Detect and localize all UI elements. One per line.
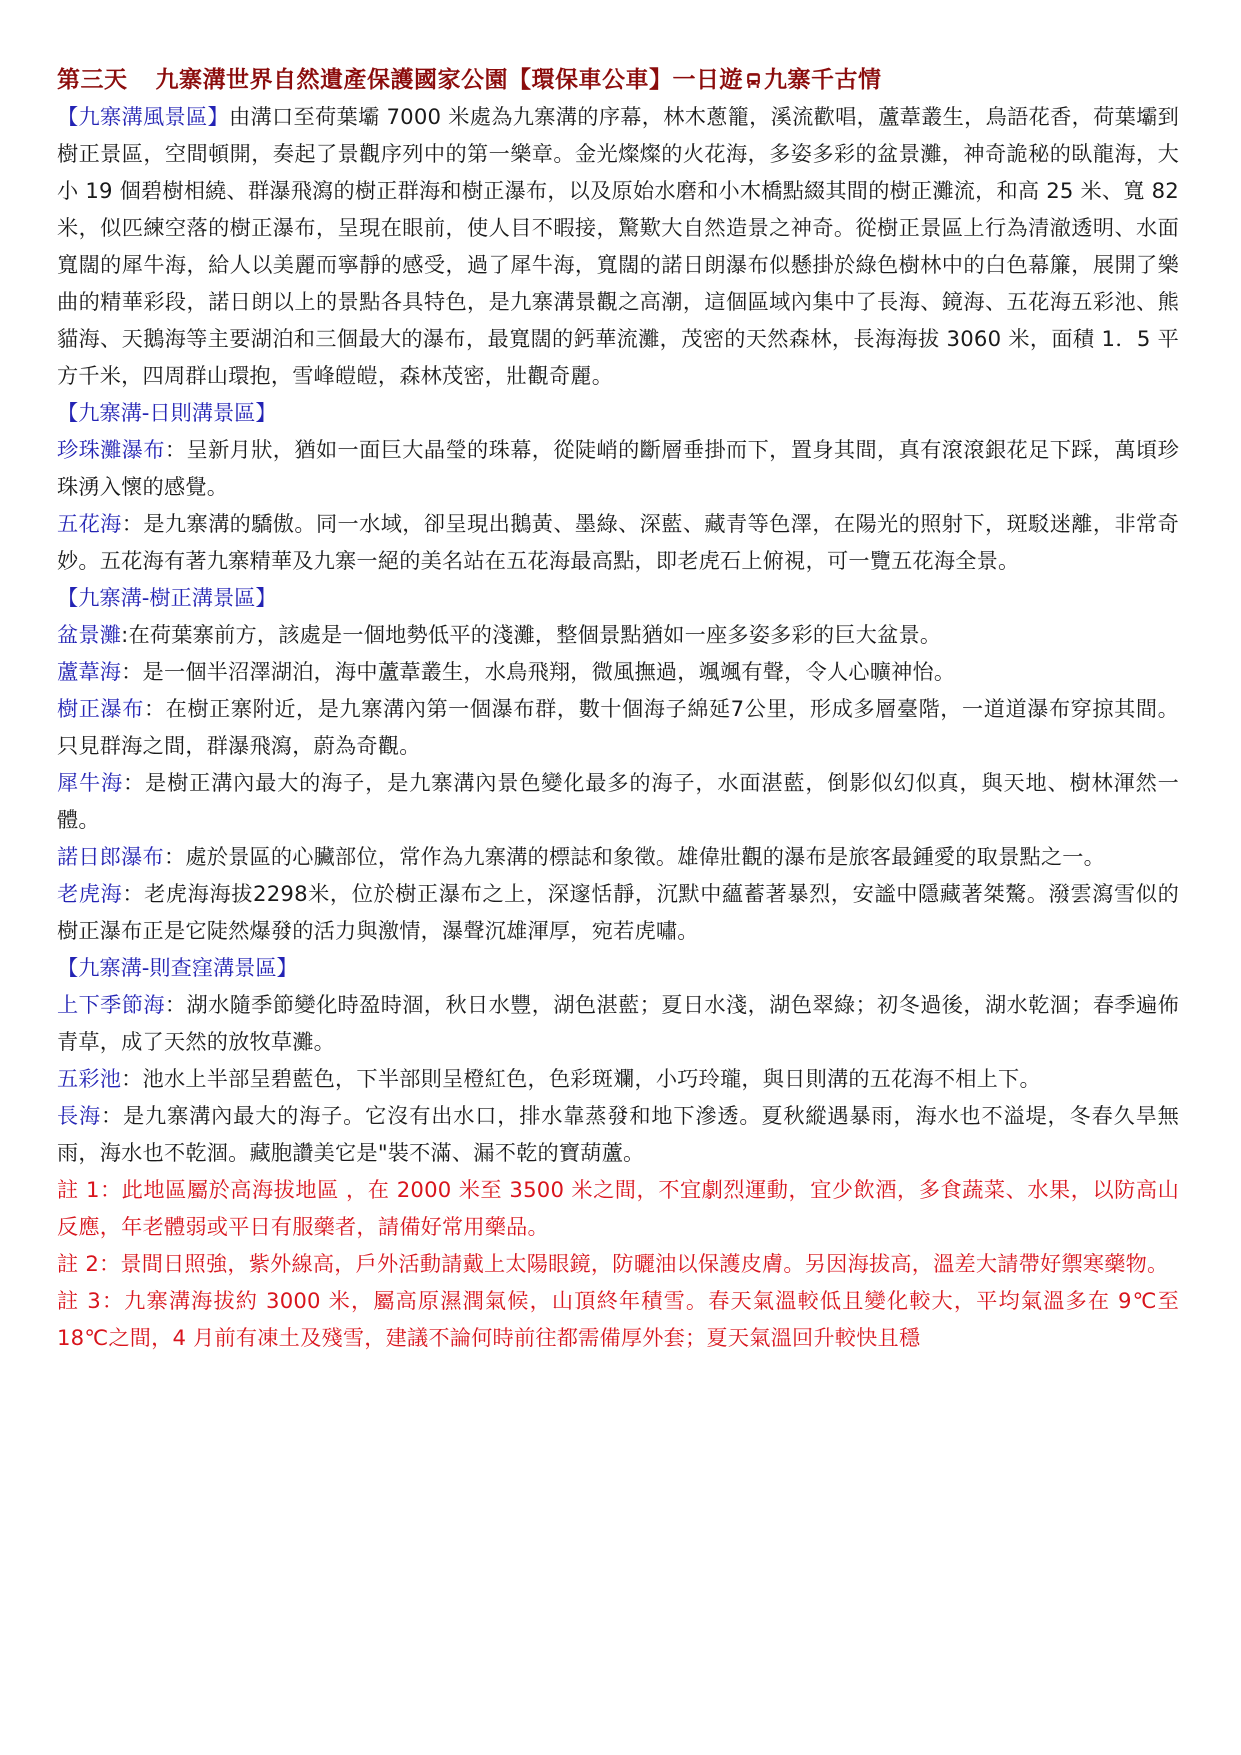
scenic-item: 五彩池：池水上半部呈碧藍色，下半部則呈橙紅色，色彩斑斕，小巧玲瓏，與日則溝的五花… bbox=[57, 1060, 1179, 1097]
section-heading-rizegou: 【九寨溝-日則溝景區】 bbox=[57, 394, 1179, 431]
scenic-item-text: ：湖水隨季節變化時盈時涸，秋日水豐，湖色湛藍；夏日水淺，湖色翠綠；初冬過後，湖水… bbox=[57, 992, 1179, 1054]
scenic-item-text: ：是九寨溝的驕傲。同一水域，卻呈現出鵝黃、墨綠、深藍、藏青等色澤，在陽光的照射下… bbox=[57, 511, 1179, 573]
title-main: 九寨溝世界自然遺產保護國家公園【環保車公車】一日遊 bbox=[156, 67, 744, 93]
bus-icon bbox=[745, 72, 762, 89]
scenic-item-name: 樹正瀑布 bbox=[57, 696, 144, 721]
scenic-item: 蘆葦海：是一個半沼澤湖泊，海中蘆葦叢生，水鳥飛翔，微風撫過，颯颯有聲，令人心曠神… bbox=[57, 653, 1179, 690]
scenic-item: 樹正瀑布：在樹正寨附近，是九寨溝內第一個瀑布群，數十個海子綿延7公里，形成多層臺… bbox=[57, 690, 1179, 764]
scenic-item-text: ：是九寨溝內最大的海子。它沒有出水口，排水靠蒸發和地下滲透。夏秋縱遇暴雨，海水也… bbox=[57, 1103, 1179, 1165]
scenic-item-text: ：是樹正溝內最大的海子，是九寨溝內景色變化最多的海子，水面湛藍，倒影似幻似真，與… bbox=[57, 770, 1179, 832]
scenic-item: 長海：是九寨溝內最大的海子。它沒有出水口，排水靠蒸發和地下滲透。夏秋縱遇暴雨，海… bbox=[57, 1097, 1179, 1171]
scenic-item: 珍珠灘瀑布：呈新月狀，猶如一面巨大晶瑩的珠幕，從陡峭的斷層垂掛而下，置身其間，真… bbox=[57, 431, 1179, 505]
scenic-item-text: ：呈新月狀，猶如一面巨大晶瑩的珠幕，從陡峭的斷層垂掛而下，置身其間，真有滾滾銀花… bbox=[57, 437, 1179, 499]
scenic-item-text: ：在樹正寨附近，是九寨溝內第一個瀑布群，數十個海子綿延7公里，形成多層臺階，一道… bbox=[57, 696, 1179, 758]
note-2: 註 2：景間日照強，紫外線高，戶外活動請戴上太陽眼鏡，防曬油以保護皮膚。另因海拔… bbox=[57, 1245, 1179, 1282]
scenic-item: 諾日郎瀑布：處於景區的心臟部位，常作為九寨溝的標誌和象徵。雄偉壯觀的瀑布是旅客最… bbox=[57, 838, 1179, 875]
scenic-item-name: 長海 bbox=[57, 1103, 101, 1128]
scenic-item-text: ：池水上半部呈碧藍色，下半部則呈橙紅色，色彩斑斕，小巧玲瓏，與日則溝的五花海不相… bbox=[121, 1066, 1041, 1091]
scenic-item: 盆景灘:在荷葉寨前方，該處是一個地勢低平的淺灘，整個景點猶如一座多姿多彩的巨大盆… bbox=[57, 616, 1179, 653]
note-3: 註 3：九寨溝海拔約 3000 米，屬高原濕潤氣候，山頂終年積雪。春天氣溫較低且… bbox=[57, 1282, 1179, 1356]
scenic-item-name: 犀牛海 bbox=[57, 770, 123, 795]
scenic-item-name: 五花海 bbox=[57, 511, 122, 536]
intro-label: 【九寨溝風景區】 bbox=[57, 104, 229, 129]
section-heading-shuzhenggou: 【九寨溝-樹正溝景區】 bbox=[57, 579, 1179, 616]
scenic-item: 上下季節海：湖水隨季節變化時盈時涸，秋日水豐，湖色湛藍；夏日水淺，湖色翠綠；初冬… bbox=[57, 986, 1179, 1060]
page-title: 第三天九寨溝世界自然遺產保護國家公園【環保車公車】一日遊 九寨千古情 bbox=[57, 62, 1179, 98]
scenic-item: 犀牛海：是樹正溝內最大的海子，是九寨溝內景色變化最多的海子，水面湛藍，倒影似幻似… bbox=[57, 764, 1179, 838]
scenic-item: 五花海：是九寨溝的驕傲。同一水域，卻呈現出鵝黃、墨綠、深藍、藏青等色澤，在陽光的… bbox=[57, 505, 1179, 579]
scenic-item-name: 老虎海 bbox=[57, 881, 122, 906]
scenic-item-name: 蘆葦海 bbox=[57, 659, 121, 684]
intro-text: 由溝口至荷葉壩 7000 米處為九寨溝的序幕，林木蔥籠，溪流歡唱，蘆葦叢生，鳥語… bbox=[57, 104, 1179, 388]
title-suffix: 九寨千古情 bbox=[764, 67, 882, 93]
scenic-item-text: ：處於景區的心臟部位，常作為九寨溝的標誌和象徵。雄偉壯觀的瀑布是旅客最鍾愛的取景… bbox=[164, 844, 1105, 869]
scenic-item-text: ：是一個半沼澤湖泊，海中蘆葦叢生，水鳥飛翔，微風撫過，颯颯有聲，令人心曠神怡。 bbox=[121, 659, 955, 684]
title-day: 第三天 bbox=[57, 67, 128, 93]
scenic-item-text: ：老虎海海拔2298米，位於樹正瀑布之上，深邃恬靜，沉默中蘊蓄著暴烈，安謐中隱藏… bbox=[57, 881, 1179, 943]
intro-paragraph: 【九寨溝風景區】由溝口至荷葉壩 7000 米處為九寨溝的序幕，林木蔥籠，溪流歡唱… bbox=[57, 98, 1179, 394]
section-heading-zechawagou: 【九寨溝-則查窪溝景區】 bbox=[57, 949, 1179, 986]
scenic-item-name: 五彩池 bbox=[57, 1066, 121, 1091]
scenic-item-name: 上下季節海 bbox=[57, 992, 165, 1017]
scenic-item: 老虎海：老虎海海拔2298米，位於樹正瀑布之上，深邃恬靜，沉默中蘊蓄著暴烈，安謐… bbox=[57, 875, 1179, 949]
note-1: 註 1：此地區屬於高海拔地區 ，在 2000 米至 3500 米之間，不宜劇烈運… bbox=[57, 1171, 1179, 1245]
scenic-item-text: :在荷葉寨前方，該處是一個地勢低平的淺灘，整個景點猶如一座多姿多彩的巨大盆景。 bbox=[121, 622, 941, 647]
scenic-item-name: 珍珠灘瀑布 bbox=[57, 437, 165, 462]
document-page: 第三天九寨溝世界自然遺產保護國家公園【環保車公車】一日遊 九寨千古情 【九寨溝風… bbox=[57, 62, 1179, 1356]
scenic-item-name: 諾日郎瀑布 bbox=[57, 844, 164, 869]
scenic-item-name: 盆景灘 bbox=[57, 622, 121, 647]
